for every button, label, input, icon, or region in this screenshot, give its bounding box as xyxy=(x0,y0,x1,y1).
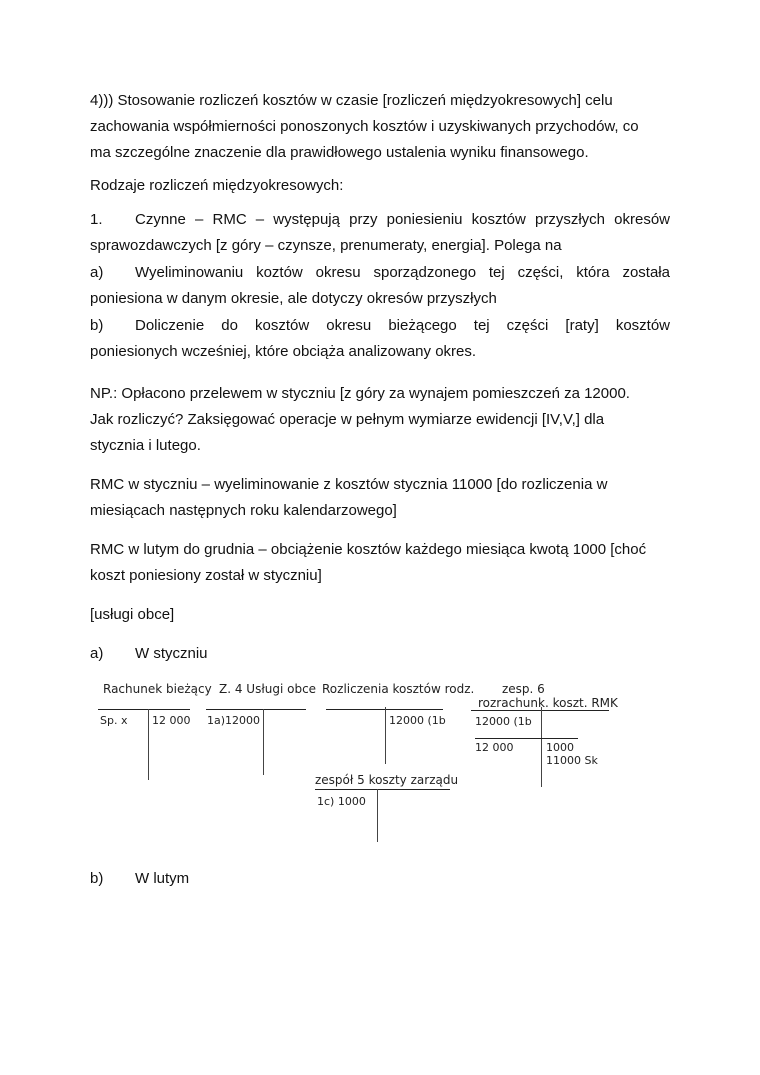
t-account-title: Z. 4 Usługi obce xyxy=(219,683,316,696)
section-a-label: W styczniu xyxy=(135,645,208,662)
t-account-top-line xyxy=(471,710,609,711)
t-account-divider xyxy=(385,707,386,764)
rmc-january-line-1: RMC w styczniu – wyeliminowanie z kosztó… xyxy=(90,472,670,498)
t-account-title: Rachunek bieżący xyxy=(103,683,212,696)
t-account-title-line-1: zesp. 6 xyxy=(502,683,545,696)
example-line-1: NP.: Opłacono przelewem w styczniu [z gó… xyxy=(90,381,670,407)
item-1-text: Czynne – RMC – występują przy poniesieni… xyxy=(135,211,670,228)
item-a-line-2: poniesiona w danym okresie, ale dotyczy … xyxy=(90,286,670,312)
item-b-line-2: poniesionych wcześniej, które obciąża an… xyxy=(90,339,670,365)
item-1-marker: 1. xyxy=(90,207,135,233)
rmc-feb-dec-line-1: RMC w lutym do grudnia – obciążenie kosz… xyxy=(90,537,670,563)
t-account-divider xyxy=(541,707,542,787)
t-account-debit-total: 12 000 xyxy=(475,741,514,754)
rmc-january-line-2: miesiącach następnych roku kalendarzoweg… xyxy=(90,498,670,524)
t-account-debit: 1c) 1000 xyxy=(317,795,366,808)
example-line-3: stycznia i lutego. xyxy=(90,433,670,459)
item-b-line-1: b)Doliczenie do kosztów okresu bieżącego… xyxy=(90,313,670,339)
t-account-top-line xyxy=(98,709,190,710)
intro-line-2: zachowania współmierności ponoszonych ko… xyxy=(90,114,670,140)
t-account-divider xyxy=(263,709,264,775)
intro-line-1: 4))) Stosowanie rozliczeń kosztów w czas… xyxy=(90,88,670,114)
item-a-text: Wyeliminowaniu koztów okresu sporządzone… xyxy=(135,264,670,281)
section-b-marker: b) xyxy=(90,866,135,892)
t-account-divider xyxy=(148,709,149,780)
t-account-debit-entry: 12000 (1b xyxy=(475,715,532,728)
t-account-top-line xyxy=(206,709,306,710)
t-account-total-line xyxy=(475,738,578,739)
t-account-credit: 12000 (1b xyxy=(389,714,446,727)
section-b-heading: b)W lutym xyxy=(90,866,670,892)
section-a-marker: a) xyxy=(90,641,135,667)
rmc-feb-dec-line-2: koszt poniesiony został w styczniu] xyxy=(90,563,670,589)
item-1-line-2: sprawozdawczych [z góry – czynsze, prenu… xyxy=(90,233,670,259)
t-account-title: zespół 5 koszty zarządu xyxy=(315,774,458,787)
item-1-line-1: 1.Czynne – RMC – występują przy poniesie… xyxy=(90,207,670,233)
section-b-label: W lutym xyxy=(135,870,189,887)
types-heading: Rodzaje rozliczeń międzyokresowych: xyxy=(90,173,670,199)
t-account-debit: 1a)12000 xyxy=(207,714,260,727)
intro-line-3: ma szczególne znaczenie dla prawidłowego… xyxy=(90,140,670,166)
t-account-title: Rozliczenia kosztów rodz. xyxy=(322,683,474,696)
item-a-line-1: a)Wyeliminowaniu koztów okresu sporządzo… xyxy=(90,260,670,286)
section-a-heading: a)W styczniu xyxy=(90,641,670,667)
t-account-closing-balance: 11000 Sk xyxy=(546,754,598,767)
t-account-divider xyxy=(377,789,378,842)
t-account-title-line-2: rozrachunk. koszt. RMK xyxy=(478,697,618,710)
item-b-marker: b) xyxy=(90,313,135,339)
services-note: [usługi obce] xyxy=(90,602,670,628)
t-account-top-line xyxy=(315,789,450,790)
example-line-2: Jak rozliczyć? Zaksięgować operacje w pe… xyxy=(90,407,670,433)
t-account-debit: Sp. x xyxy=(100,714,127,727)
item-b-text: Doliczenie do kosztów okresu bieżącego t… xyxy=(135,317,670,334)
t-account-credit-entry: 1000 xyxy=(546,741,574,754)
t-account-credit: 12 000 xyxy=(152,714,191,727)
item-a-marker: a) xyxy=(90,260,135,286)
